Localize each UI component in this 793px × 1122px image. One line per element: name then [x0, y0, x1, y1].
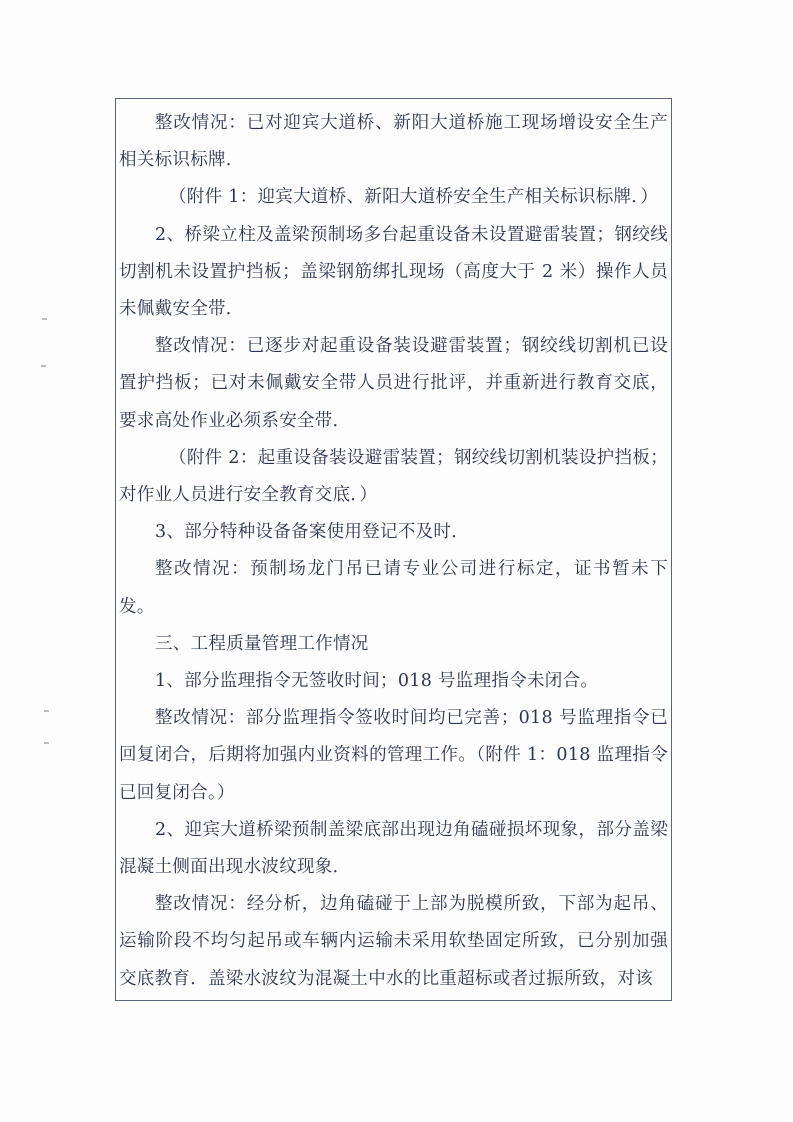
rectification-paragraph: 整改情况：部分监理指令签收时间均已完善；018 号监理指令已回复闭合，后期将加强… — [119, 700, 668, 812]
scan-mark — [44, 742, 49, 744]
scan-mark — [44, 710, 49, 712]
issue-item: 1、部分监理指令无签收时间；018 号监理指令未闭合。 — [119, 663, 668, 700]
paragraph: 整改情况：已对迎宾大道桥、新阳大道桥施工现场增设安全生产相关标识标牌． — [119, 105, 668, 179]
section-heading: 三、工程质量管理工作情况 — [119, 626, 668, 663]
scan-mark — [41, 365, 46, 367]
issue-item: 2、桥梁立柱及盖梁预制场多台起重设备未设置避雷装置；钢绞线切割机未设置护挡板；盖… — [119, 217, 668, 329]
document-frame: 整改情况：已对迎宾大道桥、新阳大道桥施工现场增设安全生产相关标识标牌． （附件 … — [115, 98, 672, 1001]
issue-item: 2、迎宾大道桥梁预制盖梁底部出现边角磕碰损坏现象，部分盖梁混凝土侧面出现水波纹现… — [119, 812, 668, 886]
attachment-note: （附件 2：起重设备装设避雷装置；钢绞线切割机装设护挡板；对作业人员进行安全教育… — [119, 440, 668, 514]
scan-mark — [42, 318, 47, 320]
rectification-paragraph: 整改情况：已逐步对起重设备装设避雷装置；钢绞线切割机已设置护挡板；已对未佩戴安全… — [119, 328, 668, 440]
document-body: 整改情况：已对迎宾大道桥、新阳大道桥施工现场增设安全生产相关标识标牌． （附件 … — [119, 105, 668, 998]
attachment-note: （附件 1：迎宾大道桥、新阳大道桥安全生产相关标识标牌．） — [119, 179, 668, 216]
rectification-paragraph: 整改情况：经分析，边角磕碰于上部为脱模所致，下部为起吊、运输阶段不均匀起吊或车辆… — [119, 886, 668, 998]
rectification-paragraph: 整改情况：预制场龙门吊已请专业公司进行标定，证书暂未下发。 — [119, 551, 668, 625]
issue-item: 3、部分特种设备备案使用登记不及时． — [119, 514, 668, 551]
